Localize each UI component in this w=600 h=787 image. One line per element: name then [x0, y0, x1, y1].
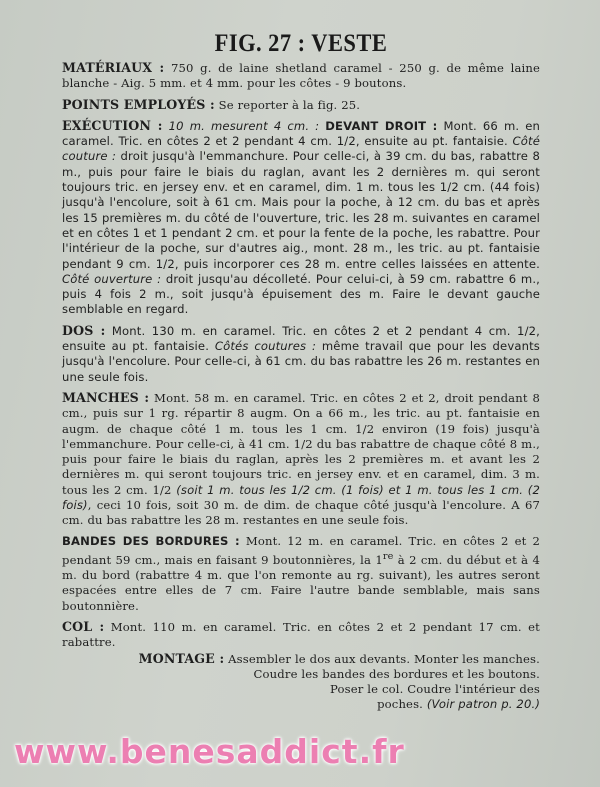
section-text: poches. — [377, 697, 423, 711]
section-materiaux: MATÉRIAUX : 750 g. de laine shetland car… — [62, 60, 540, 92]
subsection-label: DEVANT DROIT : — [325, 119, 437, 133]
section-bandes: BANDES DES BORDURES : Mont. 12 m. en car… — [62, 534, 540, 614]
section-label: BANDES DES BORDURES : — [62, 534, 240, 548]
page-title: FIG. 27 : VESTE — [86, 30, 516, 58]
section-execution: EXÉCUTION : 10 m. mesurent 4 cm. : DEVAN… — [62, 118, 540, 318]
section-label: POINTS EMPLOYÉS : — [62, 97, 215, 112]
section-label: EXÉCUTION : — [62, 118, 163, 133]
section-text: Assembler le dos aux devants. Monter les… — [228, 652, 540, 666]
section-text: droit jusqu'à l'emmanchure. Pour celle-c… — [62, 149, 540, 270]
montage-line: MONTAGE : Assembler le dos aux devants. … — [62, 651, 540, 667]
section-manches: MANCHES : Mont. 58 m. en caramel. Tric. … — [62, 390, 540, 529]
gauge-note: 10 m. mesurent 4 cm. : — [169, 119, 320, 133]
italic-note: Côtés coutures : — [215, 339, 316, 353]
section-col: COL : Mont. 110 m. en caramel. Tric. en … — [62, 619, 540, 651]
watermark: www.benesaddict.fr — [14, 732, 405, 771]
section-text: Mont. 110 m. en caramel. Tric. en côtes … — [62, 620, 540, 649]
section-text: , ceci 10 fois, soit 30 m. de dim. de ch… — [62, 498, 540, 527]
pattern-page: FIG. 27 : VESTE MATÉRIAUX : 750 g. de la… — [62, 30, 540, 718]
section-dos: DOS : Mont. 130 m. en caramel. Tric. en … — [62, 323, 540, 385]
montage-line: Poser le col. Coudre l'intérieur des — [62, 682, 540, 697]
section-text: Mont. 58 m. en caramel. Tric. en côtes 2… — [62, 391, 540, 497]
montage-line: Coudre les bandes des bordures et les bo… — [62, 667, 540, 682]
pattern-reference: (Voir patron p. 20.) — [427, 697, 540, 711]
section-montage: MONTAGE : Assembler le dos aux devants. … — [62, 651, 540, 713]
section-label: MATÉRIAUX : — [62, 60, 164, 75]
section-points: POINTS EMPLOYÉS : Se reporter à la fig. … — [62, 97, 540, 113]
section-label: DOS : — [62, 323, 105, 338]
ordinal-superscript: re — [383, 551, 394, 562]
section-label: MANCHES : — [62, 390, 149, 405]
montage-line: poches. (Voir patron p. 20.) — [62, 697, 540, 712]
section-label: MONTAGE : — [139, 651, 225, 666]
section-text: Se reporter à la fig. 25. — [219, 98, 360, 112]
italic-note: Côté ouverture : — [62, 272, 161, 286]
section-label: COL : — [62, 619, 104, 634]
